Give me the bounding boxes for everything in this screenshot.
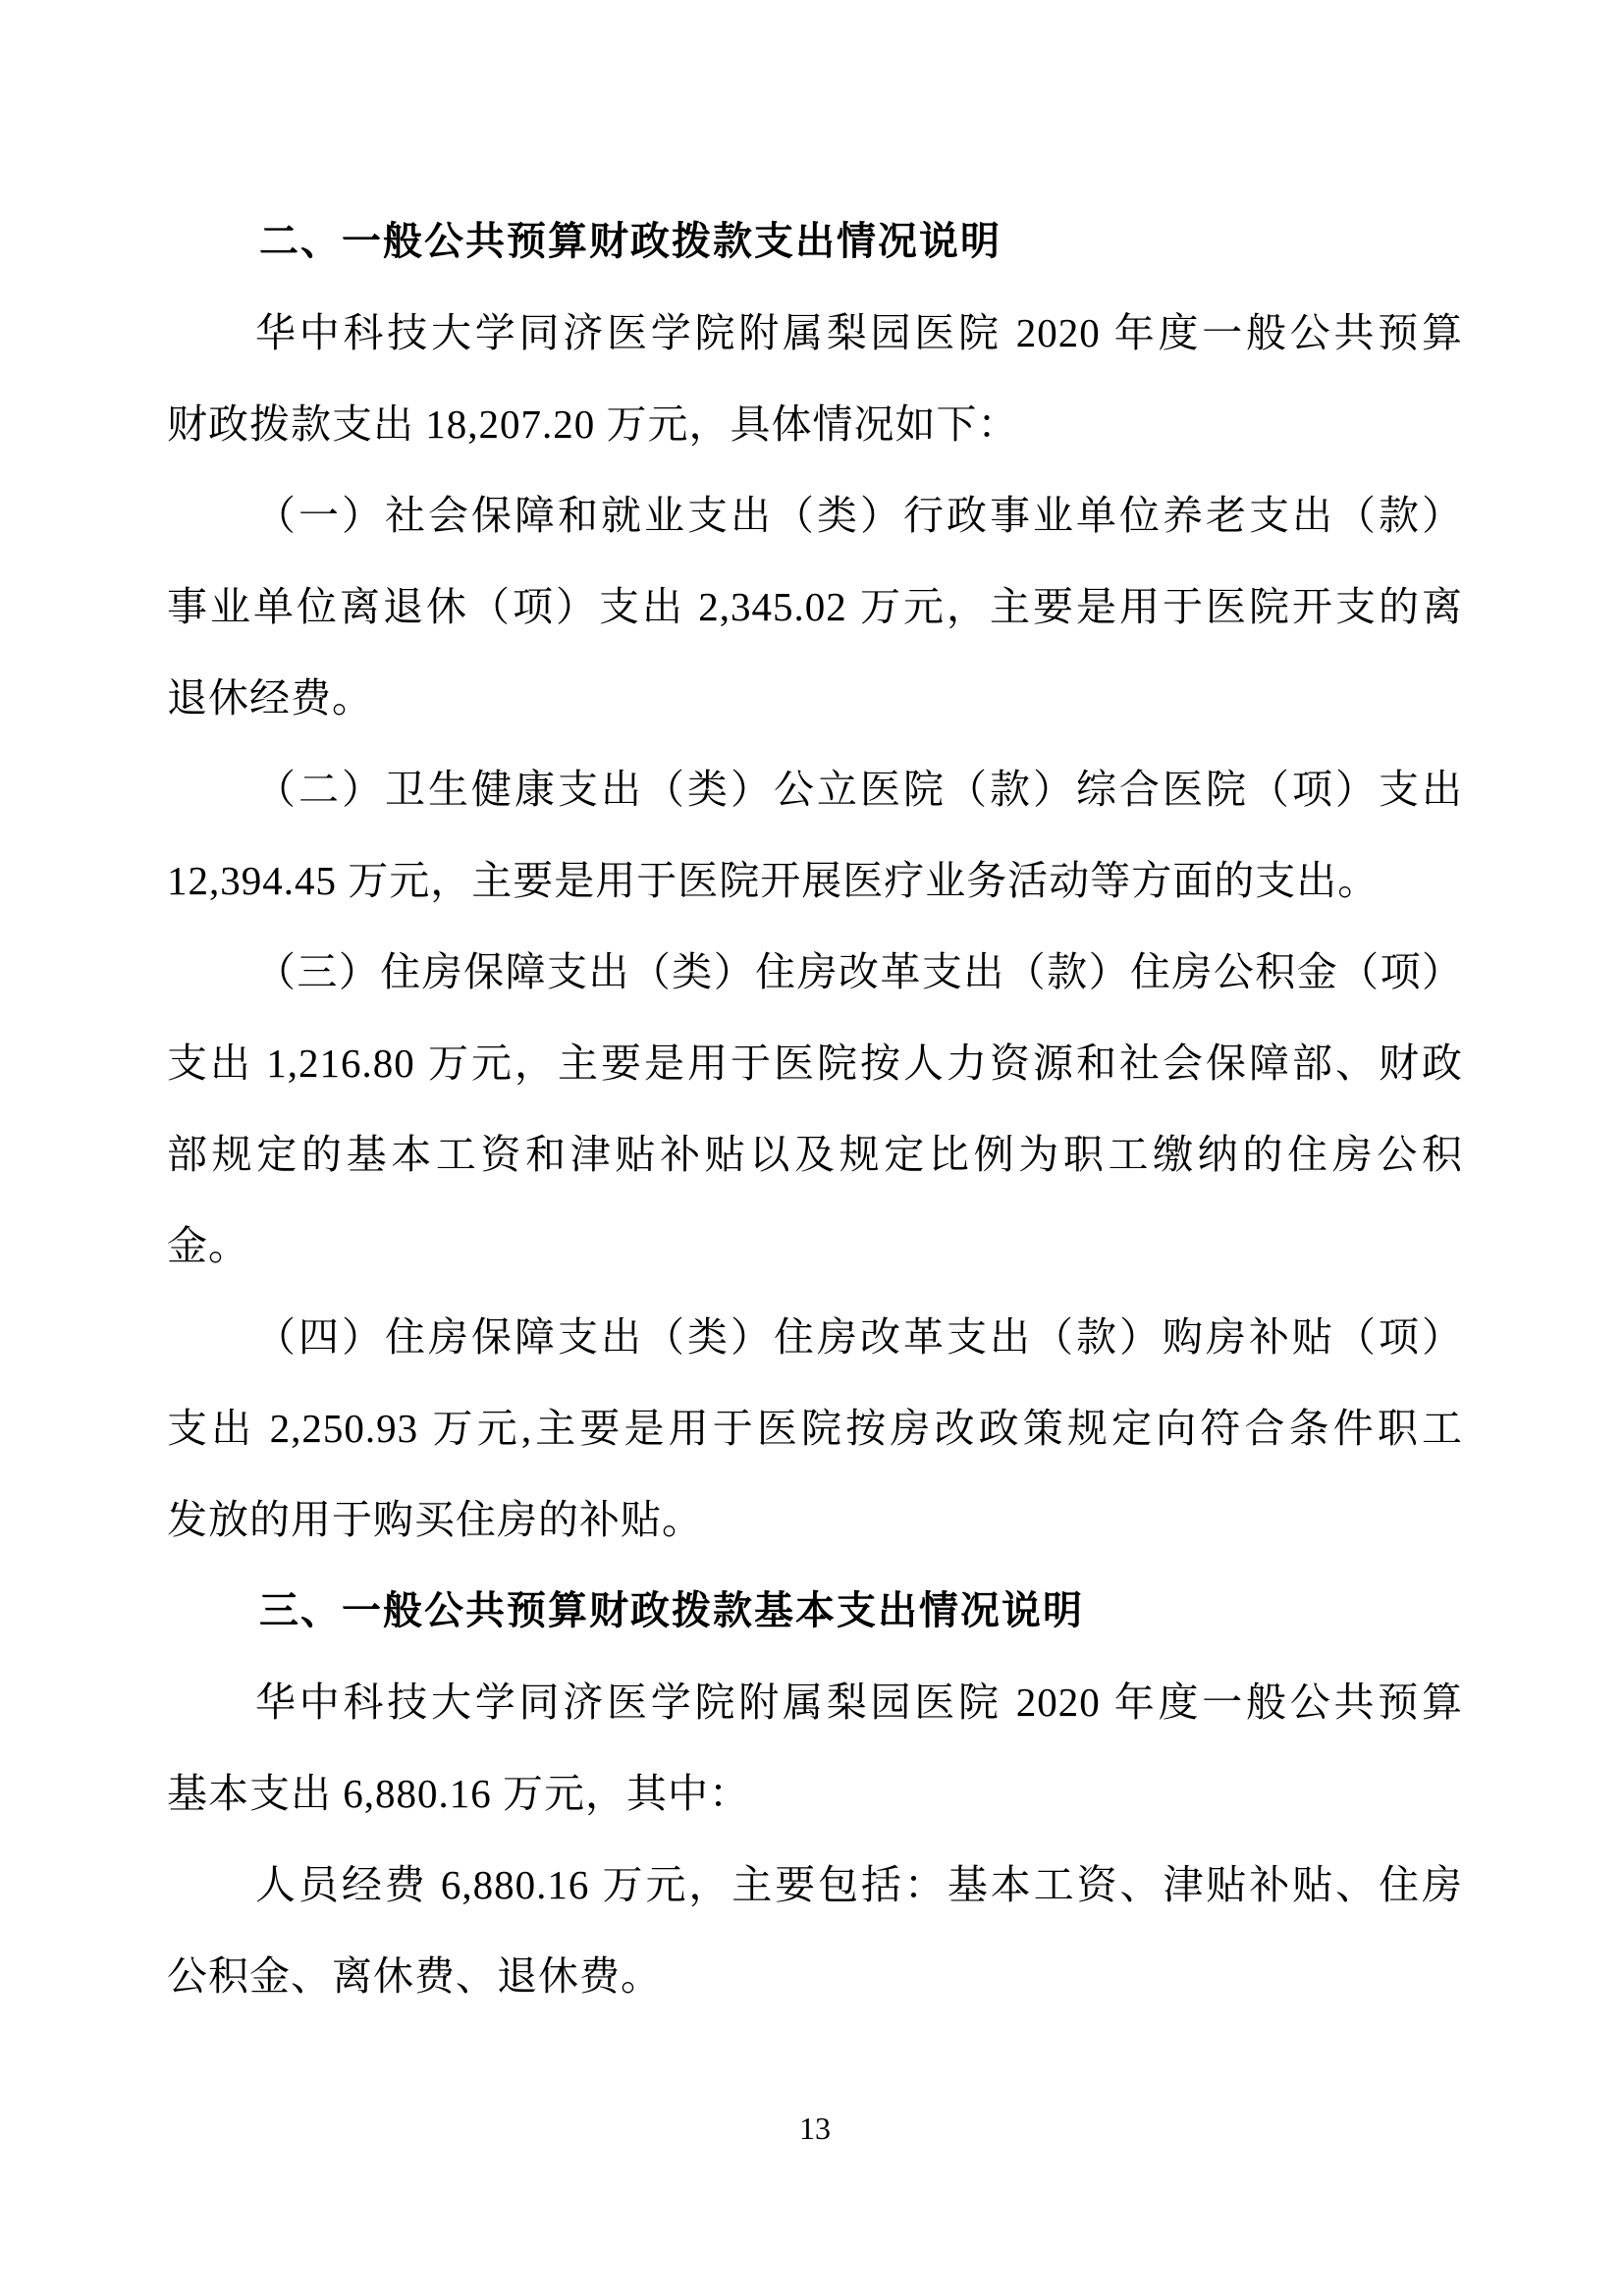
paragraph-item-1-line-2: 事业单位离退休（项）支出 2,345.02 万元，主要是用于医院开支的离 — [167, 561, 1463, 653]
paragraph-item-4-line-2: 支出 2,250.93 万元,主要是用于医院按房改政策规定向符合条件职工 — [167, 1383, 1463, 1474]
page-number: 13 — [167, 2109, 1463, 2148]
document-page: 二、一般公共预算财政拨款支出情况说明 华中科技大学同济医学院附属梨园医院 202… — [0, 0, 1624, 2296]
paragraph-item-3-line-1: （三）住房保障支出（类）住房改革支出（款）住房公积金（项） — [167, 927, 1463, 1018]
paragraph-personnel-line-1: 人员经费 6,880.16 万元，主要包括：基本工资、津贴补贴、住房 — [167, 1840, 1463, 1931]
paragraph-item-1-line-1: （一）社会保障和就业支出（类）行政事业单位养老支出（款） — [167, 470, 1463, 561]
paragraph-item-3-line-3: 部规定的基本工资和津贴补贴以及规定比例为职工缴纳的住房公积 — [167, 1109, 1463, 1201]
paragraph-item-4-line-1: （四）住房保障支出（类）住房改革支出（款）购房补贴（项） — [167, 1292, 1463, 1383]
paragraph-overview-line-1: 华中科技大学同济医学院附属梨园医院 2020 年度一般公共预算 — [167, 288, 1463, 379]
paragraph-overview-line-2: 财政拨款支出 18,207.20 万元，具体情况如下： — [167, 379, 1463, 470]
paragraph-personnel-line-2: 公积金、离休费、退休费。 — [167, 1931, 1463, 2022]
paragraph-item-2-line-2: 12,394.45 万元，主要是用于医院开展医疗业务活动等方面的支出。 — [167, 835, 1463, 927]
section-heading-2: 二、一般公共预算财政拨款支出情况说明 — [167, 196, 1463, 288]
document-body: 二、一般公共预算财政拨款支出情况说明 华中科技大学同济医学院附属梨园医院 202… — [167, 196, 1463, 2022]
section-heading-3: 三、一般公共预算财政拨款基本支出情况说明 — [167, 1566, 1463, 1657]
paragraph-basic-line-2: 基本支出 6,880.16 万元，其中： — [167, 1748, 1463, 1840]
paragraph-item-1-line-3: 退休经费。 — [167, 653, 1463, 744]
paragraph-item-3-line-2: 支出 1,216.80 万元，主要是用于医院按人力资源和社会保障部、财政 — [167, 1018, 1463, 1109]
paragraph-item-3-line-4: 金。 — [167, 1201, 1463, 1292]
paragraph-basic-line-1: 华中科技大学同济医学院附属梨园医院 2020 年度一般公共预算 — [167, 1657, 1463, 1748]
paragraph-item-2-line-1: （二）卫生健康支出（类）公立医院（款）综合医院（项）支出 — [167, 744, 1463, 835]
paragraph-item-4-line-3: 发放的用于购买住房的补贴。 — [167, 1474, 1463, 1566]
